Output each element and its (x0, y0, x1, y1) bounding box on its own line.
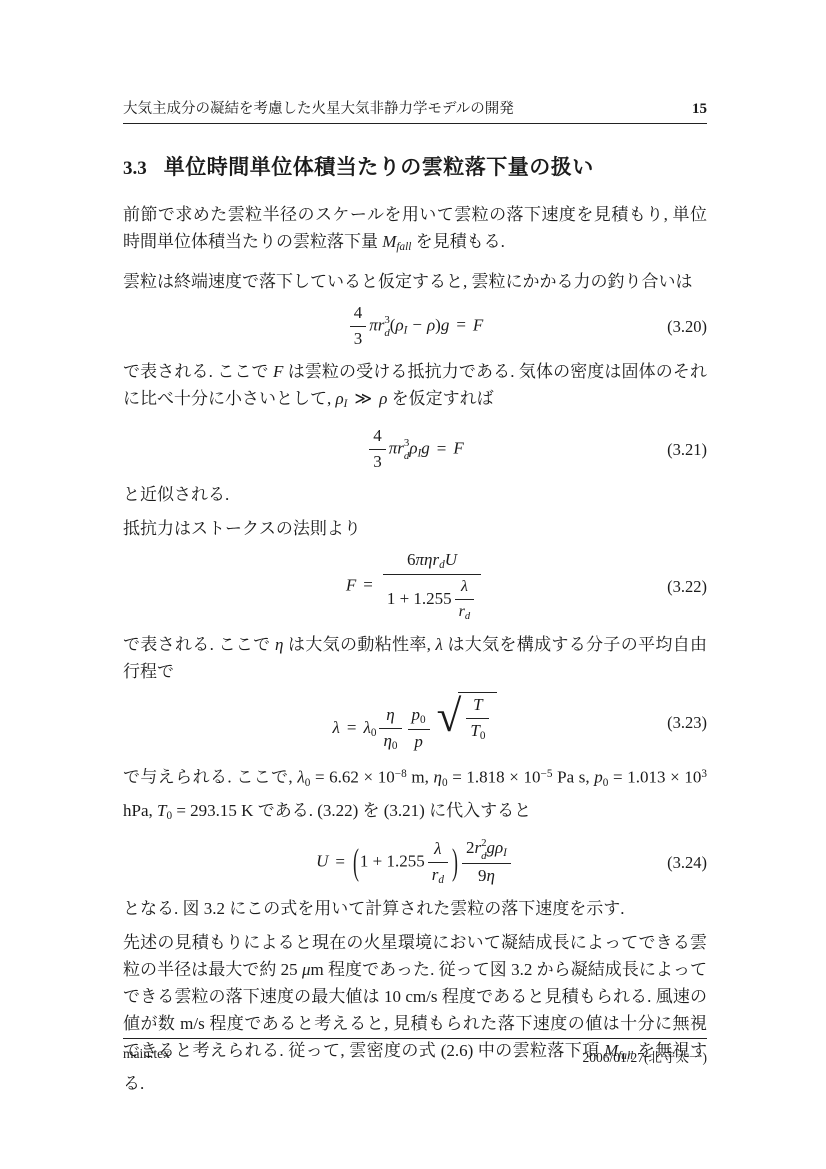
document-page: 大気主成分の凝結を考慮した火星大気非静力学モデルの開発 15 3.3 単位時間単… (0, 0, 826, 1169)
fraction: λrd (455, 576, 474, 624)
math-token: ρ (395, 315, 403, 334)
equation-3-22: F=6πηrdU1 + 1.255λrd (3.22) (123, 549, 707, 624)
equation-3-20: 43πr3d(ρI−ρ)g=F (3.20) (123, 302, 707, 351)
text-run: を見積もる. (411, 232, 505, 251)
equation-number: (3.24) (667, 853, 707, 873)
fraction: λrd (428, 838, 448, 888)
math-token: = (347, 718, 357, 737)
math-token: F (273, 362, 283, 381)
fraction: 43 (369, 425, 386, 474)
paragraph: で表される. ここで F は雲粒の受ける抵抗力である. 気体の密度は固体のそれに… (123, 358, 707, 418)
fraction-denominator: η0 (379, 729, 401, 754)
paragraph: で表される. ここで η は大気の動粘性率, λ は大気を構成する分子の平均自由… (123, 631, 707, 685)
math-token: I (344, 398, 348, 410)
math-token: ρ (336, 389, 344, 408)
fraction-denominator: p (408, 730, 430, 754)
paragraph: 前節で求めた雲粒半径のスケールを用いて雲粒の落下速度を見積もり, 単位時間単位体… (123, 201, 707, 261)
fraction-denominator: 3 (350, 327, 367, 351)
section-title: 単位時間単位体積当たりの雲粒落下量の扱い (164, 151, 594, 181)
math-token: ρ (427, 315, 435, 334)
equation-3-23: λ=λ0ηη0p0p√TT0 (3.23) (123, 692, 707, 754)
math-token: p (594, 768, 603, 787)
fraction: ηη0 (379, 704, 401, 754)
math-token: = (335, 852, 345, 871)
math-token: λ (297, 768, 304, 787)
math-token: π (389, 439, 398, 458)
text-run: m, (407, 768, 434, 787)
fraction-denominator: 9η (462, 864, 511, 888)
equation-body: 43πr3dρIg=F (366, 425, 464, 474)
math-token: I (404, 325, 408, 337)
fraction-numerator: η (379, 704, 401, 729)
fraction-numerator: λ (428, 838, 448, 863)
text-run: = 1.818 × 10 (448, 768, 541, 787)
section-number: 3.3 (123, 158, 147, 180)
text-run: で与えられる. ここで, (123, 768, 297, 787)
math-token: F (453, 439, 463, 458)
equation-body: F=6πηrdU1 + 1.255λrd (346, 549, 484, 624)
page-content: 大気主成分の凝結を考慮した火星大気非静力学モデルの開発 15 3.3 単位時間単… (123, 97, 707, 1104)
fraction: 2r2dgρI9η (462, 837, 511, 888)
math-token: λ (364, 718, 371, 737)
equation-number: (3.23) (667, 713, 707, 733)
fraction-numerator: 4 (350, 302, 367, 327)
math-token: 0 (371, 727, 377, 739)
page-footer: main.tex 2006/01/27(北守太一) (123, 1038, 707, 1066)
text-run: を仮定すれば (387, 389, 493, 408)
fraction-denominator: 1 + 1.255λrd (383, 575, 481, 624)
math-token: r (397, 439, 404, 458)
text-run: となる. 図 3.2 にこの式を用いて計算された雲粒の落下速度を示す. (123, 899, 625, 918)
math-token: r (378, 315, 385, 334)
text-run: で表される. ここで (123, 362, 273, 381)
math-token: − (412, 315, 422, 334)
paragraph: 雲粒は終端速度で落下していると仮定すると, 雲粒にかかる力の釣り合いは (123, 268, 707, 295)
math-token: 3 (701, 768, 707, 780)
math-token: −8 (395, 768, 407, 780)
math-token: F (346, 575, 356, 594)
math-token: M (382, 232, 396, 251)
paragraph: で与えられる. ここで, λ0 = 6.62 × 10−8 m, η0 = 1.… (123, 761, 707, 830)
text-run: 抵抗力はストークスの法則より (123, 519, 361, 538)
equation-body: U=(1 + 1.255λrd)2r2dgρI9η (316, 837, 514, 888)
paragraph: となる. 図 3.2 にこの式を用いて計算された雲粒の落下速度を示す. (123, 895, 707, 922)
math-token: 1 + 1.255 (360, 852, 425, 871)
math-token: ≫ (354, 389, 372, 408)
radical-icon: √ (437, 698, 462, 734)
math-token: = (437, 439, 447, 458)
equation-number: (3.20) (667, 317, 707, 337)
equation-number: (3.21) (667, 440, 707, 460)
text-run: と近似される. (123, 485, 229, 504)
equation-body: λ=λ0ηη0p0p√TT0 (333, 692, 498, 754)
text-run: hPa, (123, 801, 157, 820)
running-head-title: 大気主成分の凝結を考慮した火星大気非静力学モデルの開発 (123, 97, 514, 118)
math-token: π (369, 315, 378, 334)
page-number: 15 (692, 101, 707, 118)
math-token: F (473, 315, 483, 334)
paragraph: 先述の見積もりによると現在の火星環境において凝結成長によってできる雲粒の半径は最… (123, 929, 707, 1097)
fraction: 43 (350, 302, 367, 351)
math-token: ρ (409, 439, 417, 458)
big-left-paren: ( (353, 841, 359, 884)
fraction: TT0 (466, 694, 489, 744)
fraction-numerator: 6πηrdU (383, 549, 481, 575)
math-token: fall (396, 241, 411, 253)
equation-3-21: 43πr3dρIg=F (3.21) (123, 425, 707, 474)
fraction-denominator: 3 (369, 450, 386, 474)
square-root: √TT0 (437, 692, 498, 744)
paragraph: 抵抗力はストークスの法則より (123, 515, 707, 542)
equation-3-24: U=(1 + 1.255λrd)2r2dgρI9η (3.24) (123, 837, 707, 888)
text-run: = 1.013 × 10 (608, 768, 701, 787)
math-token: −5 (541, 768, 553, 780)
text-run: で表される. ここで (123, 635, 275, 654)
fraction-numerator: 4 (369, 425, 386, 450)
text-run: は大気の動粘性率, (283, 635, 435, 654)
equation-body: 43πr3d(ρI−ρ)g=F (347, 302, 484, 351)
text-run: = 293.15 K である. (3.22) を (3.21) に代入すると (172, 801, 531, 820)
equation-number: (3.22) (667, 577, 707, 597)
paragraph: と近似される. (123, 481, 707, 508)
math-token: λ (333, 718, 340, 737)
math-token: = (456, 315, 466, 334)
fraction-numerator: p0 (408, 704, 430, 730)
math-token: μ (302, 960, 311, 979)
fraction-numerator: 2r2dgρI (462, 837, 511, 864)
fraction: 6πηrdU1 + 1.255λrd (383, 549, 481, 624)
text-run: Pa s, (552, 768, 594, 787)
big-right-paren: ) (452, 841, 458, 884)
math-token: U (316, 852, 328, 871)
math-token: g (441, 315, 450, 334)
footer-date-author: 2006/01/27(北守太一) (583, 1046, 708, 1066)
page-header: 大気主成分の凝結を考慮した火星大気非静力学モデルの開発 15 (123, 97, 707, 124)
text-run: = 6.62 × 10 (310, 768, 395, 787)
radicand: TT0 (458, 692, 497, 744)
section-heading: 3.3 単位時間単位体積当たりの雲粒落下量の扱い (123, 151, 707, 181)
math-token: = (363, 575, 373, 594)
footer-filename: main.tex (123, 1046, 170, 1066)
math-token: g (421, 439, 430, 458)
math-token: η (434, 768, 442, 787)
text-run: 雲粒は終端速度で落下していると仮定すると, 雲粒にかかる力の釣り合いは (123, 272, 693, 291)
fraction: p0p (408, 704, 430, 754)
math-token: λ (436, 635, 443, 654)
fraction-denominator: rd (428, 863, 448, 888)
